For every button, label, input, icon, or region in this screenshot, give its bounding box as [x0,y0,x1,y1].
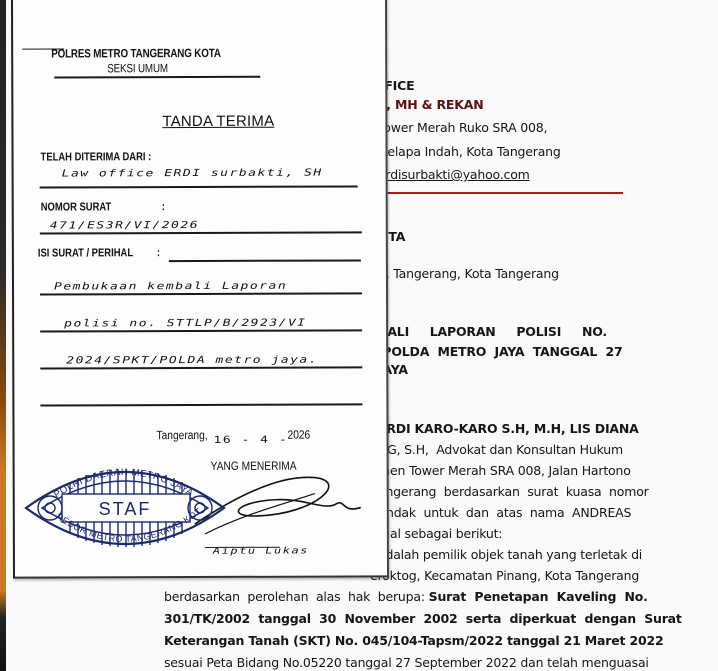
letter-header-rule [376,192,623,194]
slip-title: TANDA TERIMA [162,113,274,130]
letter-subject-line1: BALI LAPORAN POLISI NO. [378,324,628,339]
header-underline [54,76,260,78]
slip-section: SEKSI UMUM [107,61,168,75]
received-from-label: TELAH DITERIMA DARI : [41,151,152,163]
letter-number-value: 471/ES3R/VI/2026 [50,220,199,232]
field-line [169,259,361,261]
slip-institution: POLRES METRO TANGERANG KOTA [51,46,221,61]
letter-body-line: NG, S.H, Advokat dan Konsultan Hukum [378,442,623,457]
field-line [40,366,362,369]
letter-body-line: eroktog, Kecamatan Pinang, Kota Tangeran… [370,568,639,583]
letter-body-line: men Tower Merah SRA 008, Jalan Hartono [378,463,631,478]
letter-header-firm: H, MH & REKAN [376,97,483,112]
field-line [40,292,362,295]
letter-body-line: 301/TK/2002 tanggal 30 November 2002 ser… [164,611,682,626]
stamp-center-text: STAF [99,499,152,519]
letter-header-address2: Kelapa Indah, Kota Tangerang [380,144,561,159]
subject-line-2: polisi no. STTLP/B/2923/VI [64,317,307,329]
field-line [40,329,362,332]
letter-body-line: Keterangan Tanah (SKT) No. 045/104-Tapsm… [164,633,663,648]
letter-header-email[interactable]: erdisurbakti@yahoo.com [378,167,530,182]
subject-label: ISI SURAT / PERIHAL [38,247,133,259]
field-line [40,231,362,234]
field-line [40,185,358,188]
date-handwritten: 16 - 4 - [214,434,289,446]
letter-body-line: angerang berdasarkan surat kuasa nomor [378,484,649,499]
subject-line-3: 2024/SPKT/POLDA metro jaya. [66,354,318,366]
letter-header-address1: Tower Merah Ruko SRA 008, [378,120,547,135]
letter-recipient-line2: n, Tangerang, Kota Tangerang [378,266,559,281]
letter-body-line: tindak untuk dan atas nama ANDREAS [378,505,631,520]
letter-body-line: sesuai Peta Bidang No.05220 tanggal 27 S… [164,655,649,670]
date-year: 2026 [287,428,310,442]
field-line [40,403,362,406]
letter-number-colon: : [162,201,165,213]
received-from-value: Law office ERDI surbakti, SH [62,167,323,179]
letter-body-line: berdasarkan perolehan alas hak berupa: S… [164,589,648,604]
subject-line-1: Pembukaan kembali Laporan [54,280,287,292]
subject-colon: : [157,247,160,259]
letter-subject-line2: /POLDA METRO JAYA TANGGAL 27 [378,344,622,359]
place-label: Tangerang, [156,428,207,442]
letter-number-label: NOMOR SURAT [41,201,112,213]
letter-body-line: adalah pemilik objek tanah yang terletak… [378,547,642,562]
letter-body-line: ERDI KARO-KARO S.H, M.H, LIS DIANA [378,421,639,436]
letter-body-line: -hal sebagai berikut: [378,526,502,541]
police-stamp: POLRI DAERAH METRO JAYA RESOR METRO TANG… [20,452,230,562]
